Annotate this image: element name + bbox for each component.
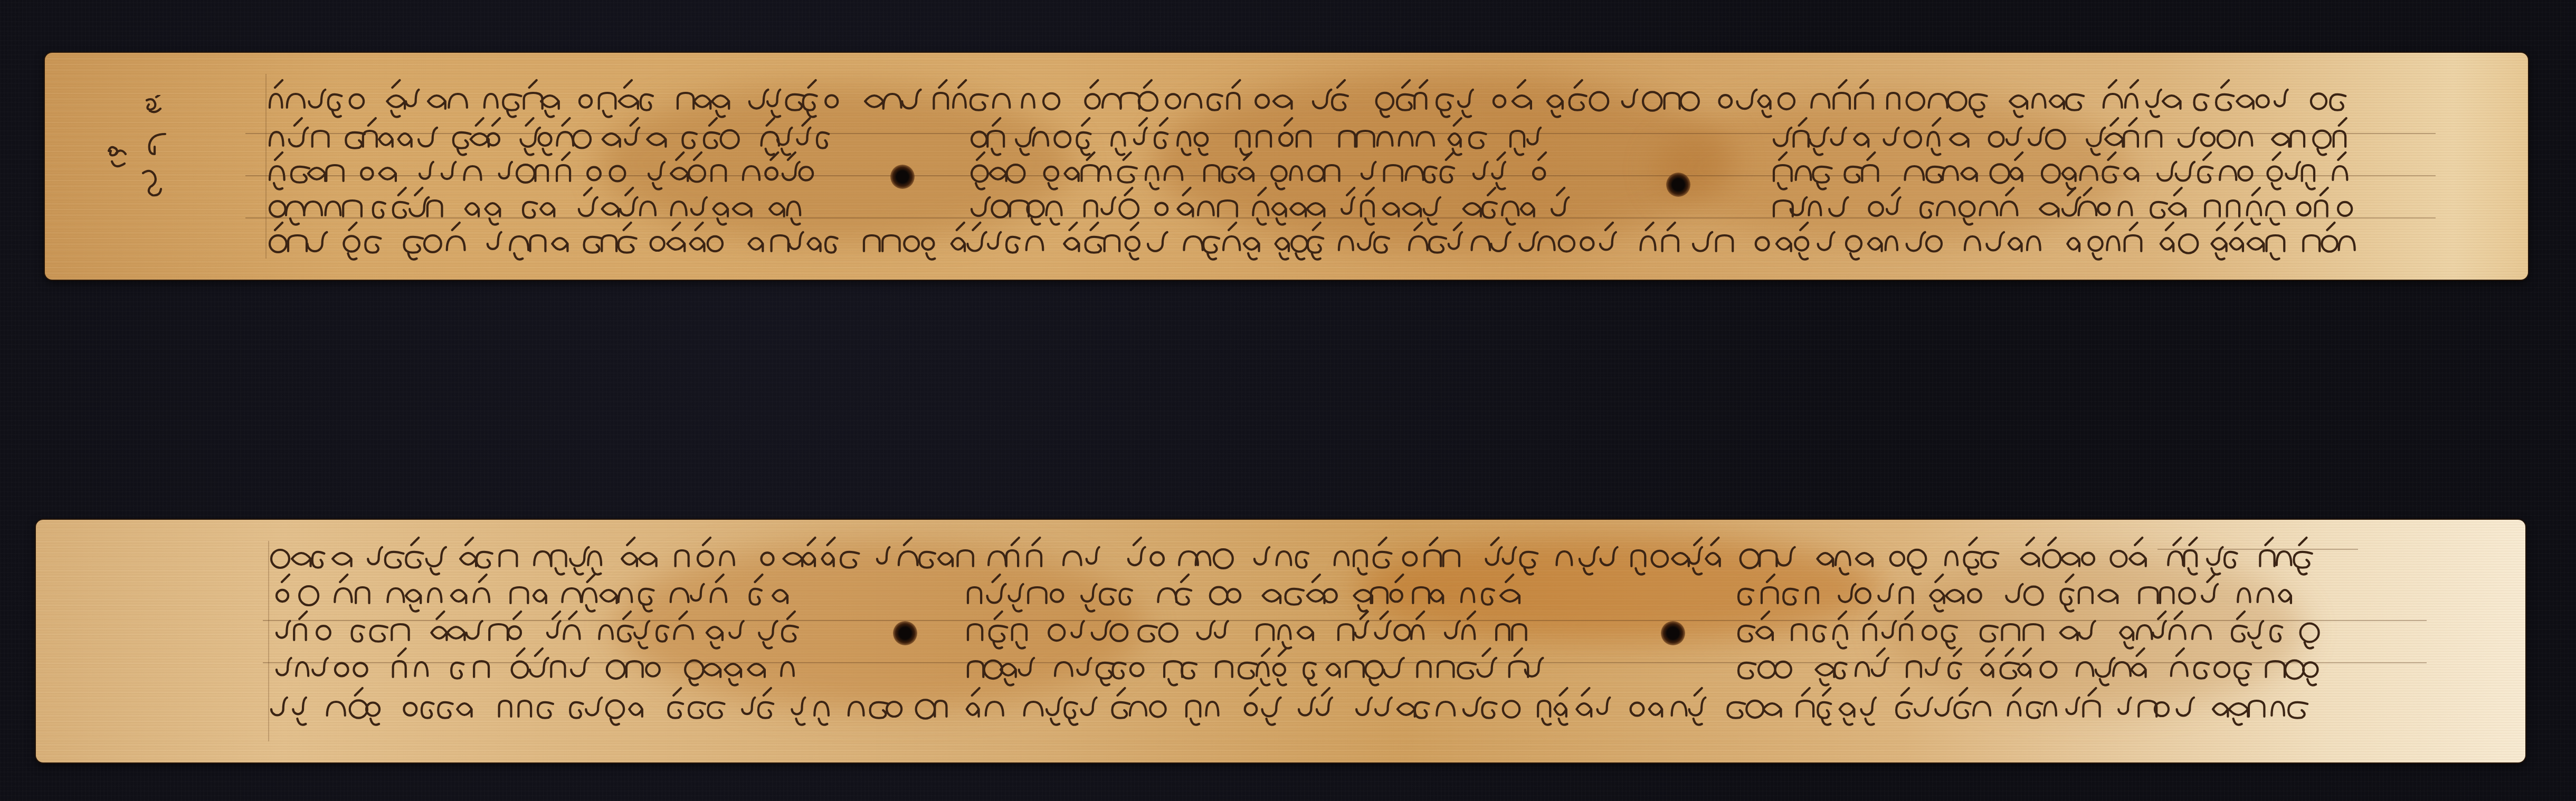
script-line: [Burmese script, line 1 — full width] [267,78,2367,120]
binding-hole [890,165,915,189]
palm-leaf-top: [Burmese script, line 1 — full width] [B… [45,53,2528,280]
folio-mark-3 [106,142,129,172]
script-line: [Burmese script, line 2 — right block] [1735,573,2332,615]
script-line: [Burmese script, line 5 — full width, en… [267,221,2367,263]
script-line: [Burmese script, line 1 — full width] [268,536,2326,578]
script-line: [Burmese script, line 2 — left block] [273,573,812,615]
script-line: [Burmese script, line 3 — left block] [273,609,812,652]
script-line: [Burmese script, line 5 — full width] [268,686,2326,728]
script-line: [Burmese script, line 4 — right block, e… [1735,646,2332,689]
script-line: [Burmese script, line 4 — middle block, … [965,646,1556,689]
folio-mark-1 [142,95,164,119]
folio-mark-4 [140,169,165,198]
script-line: [Burmese script, line 2 — middle block, … [965,573,1556,615]
script-line: [Burmese script, line 3 — right block] [1735,609,2332,652]
script-line: [Burmese script, line 3 — middle block] [965,609,1556,652]
script-line: [Burmese script, line 4 — left block, en… [273,646,806,689]
binding-hole [1661,621,1685,645]
binding-hole [1666,173,1690,197]
binding-hole [893,621,917,645]
folio-mark-2 [144,132,167,157]
palm-leaf-bottom: [Burmese script, line 1 — full width] [B… [36,520,2525,762]
